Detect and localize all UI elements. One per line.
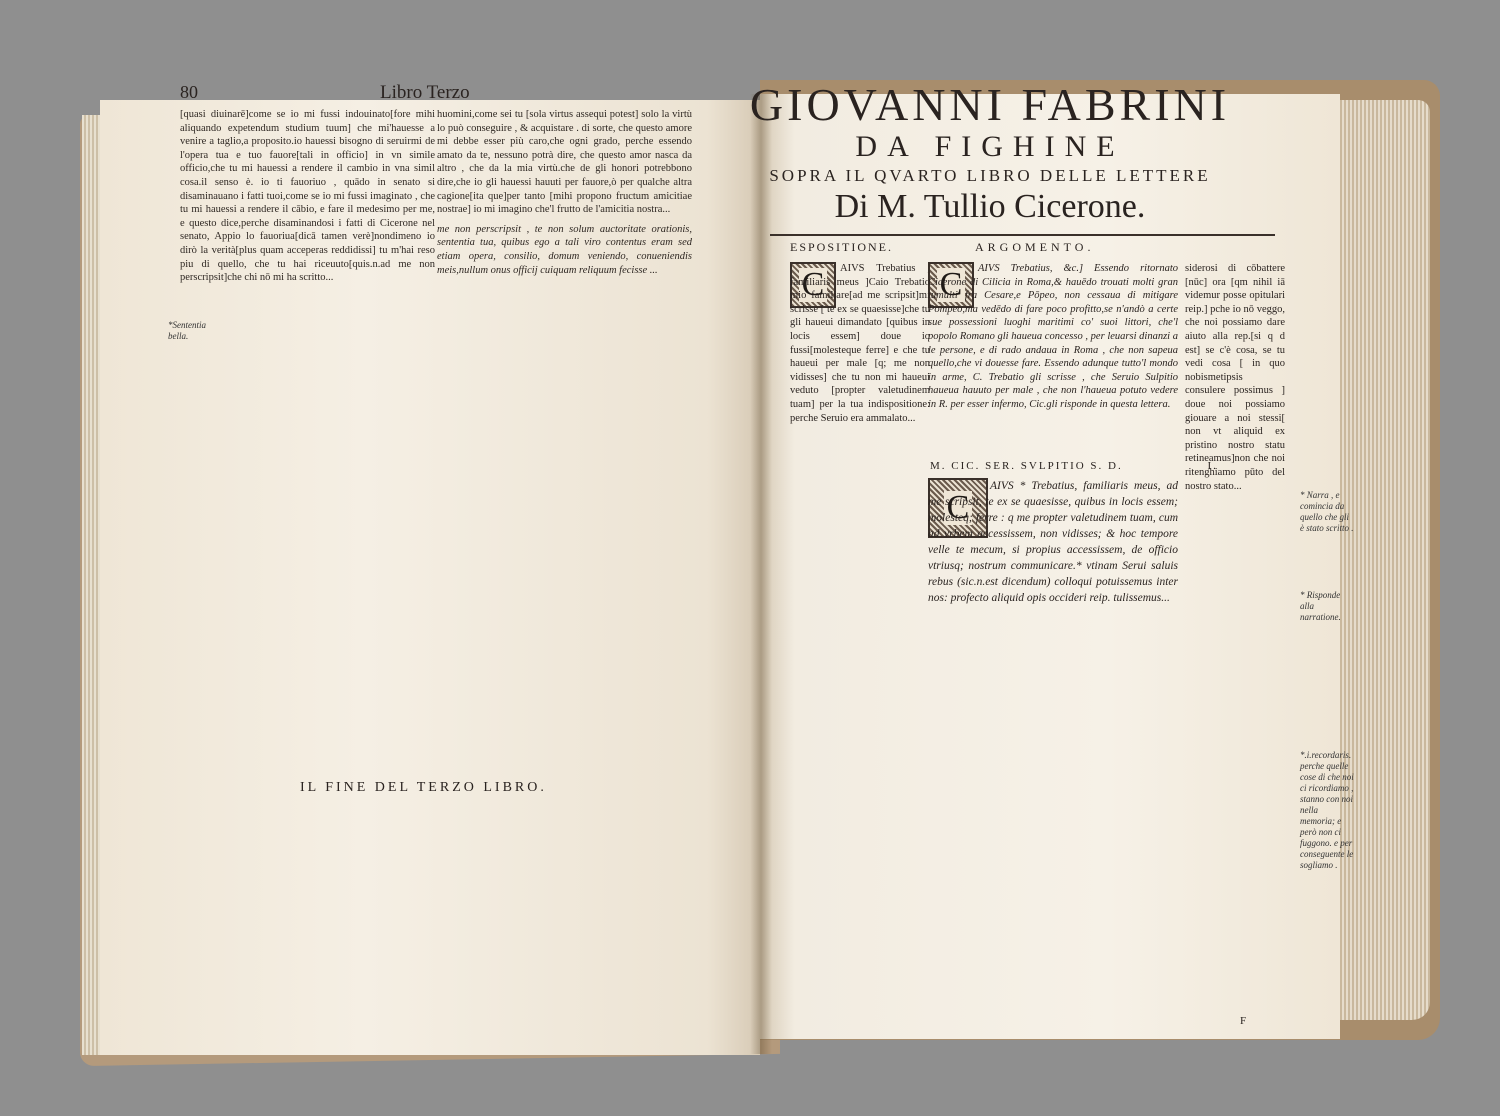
column-text: siderosi di cōbattere [nūc] ora [qm nihi… (1185, 262, 1285, 493)
title-origin: DA FIGHINE (730, 130, 1250, 164)
margin-note: * Narra , e comincia da quello che gli è… (1300, 490, 1355, 534)
column-text: huomini,come sei tu [sola virtus assequi… (437, 108, 692, 217)
margin-note: * Risponde alla narratione. (1300, 590, 1355, 623)
argomento-column: AIVS Trebatius, &c.] Essendo ritornato C… (928, 262, 1178, 457)
title-author: GIOVANNI FABRINI (730, 80, 1250, 130)
section-heading-argomento: ARGOMENTO. (975, 240, 1094, 255)
signature-mark: F (1240, 1015, 1246, 1027)
running-head: Libro Terzo (380, 82, 470, 104)
left-column-2: huomini,come sei tu [sola virtus assequi… (437, 108, 692, 768)
column-text: AIVS Trebatius, &c.] Essendo ritornato C… (928, 262, 1178, 412)
page-edges-right (1330, 100, 1430, 1020)
latin-quote: me non perscripsit , te non solum auctor… (437, 223, 692, 277)
book-end-caption: IL FINE DEL TERZO LIBRO. (300, 780, 547, 796)
espositione-column: AIVS Trebatius , familiaris meus ]Caio T… (790, 262, 930, 822)
title-subject: SOPRA IL QVARTO LIBRO DELLE LETTERE (730, 164, 1250, 188)
title-rule (770, 234, 1275, 236)
book-gutter (750, 94, 772, 1054)
page-number: 80 (180, 82, 198, 103)
margin-note: *Sententia bella. (168, 320, 228, 342)
margin-note: *.i.recordaris. perche quelle cose di ch… (1300, 750, 1355, 871)
title-cicero: Di M. Tullio Cicerone. (730, 188, 1250, 226)
right-column: siderosi di cōbattere [nūc] ora [qm nihi… (1185, 262, 1285, 1022)
column-text: AIVS Trebatius , familiaris meus ]Caio T… (790, 262, 930, 425)
letter-text: AIVS * Trebatius, familiaris meus, ad me… (928, 478, 1178, 808)
page-title: GIOVANNI FABRINI DA FIGHINE SOPRA IL QVA… (730, 80, 1250, 226)
letter-heading: M. CIC. SER. SVLPITIO S. D. I. (930, 460, 1218, 472)
left-page-header: 80 Libro Terzo (180, 82, 700, 106)
left-column-1: [quasi diuinarē]come se io mi fussi indo… (180, 108, 435, 768)
column-text: [quasi diuinarē]come se io mi fussi indo… (180, 108, 435, 285)
section-heading-espositione: ESPOSITIONE. (790, 240, 893, 255)
column-text: AIVS * Trebatius, familiaris meus, ad me… (928, 478, 1178, 606)
letter-heading-text: M. CIC. SER. SVLPITIO S. D. (930, 460, 1123, 472)
